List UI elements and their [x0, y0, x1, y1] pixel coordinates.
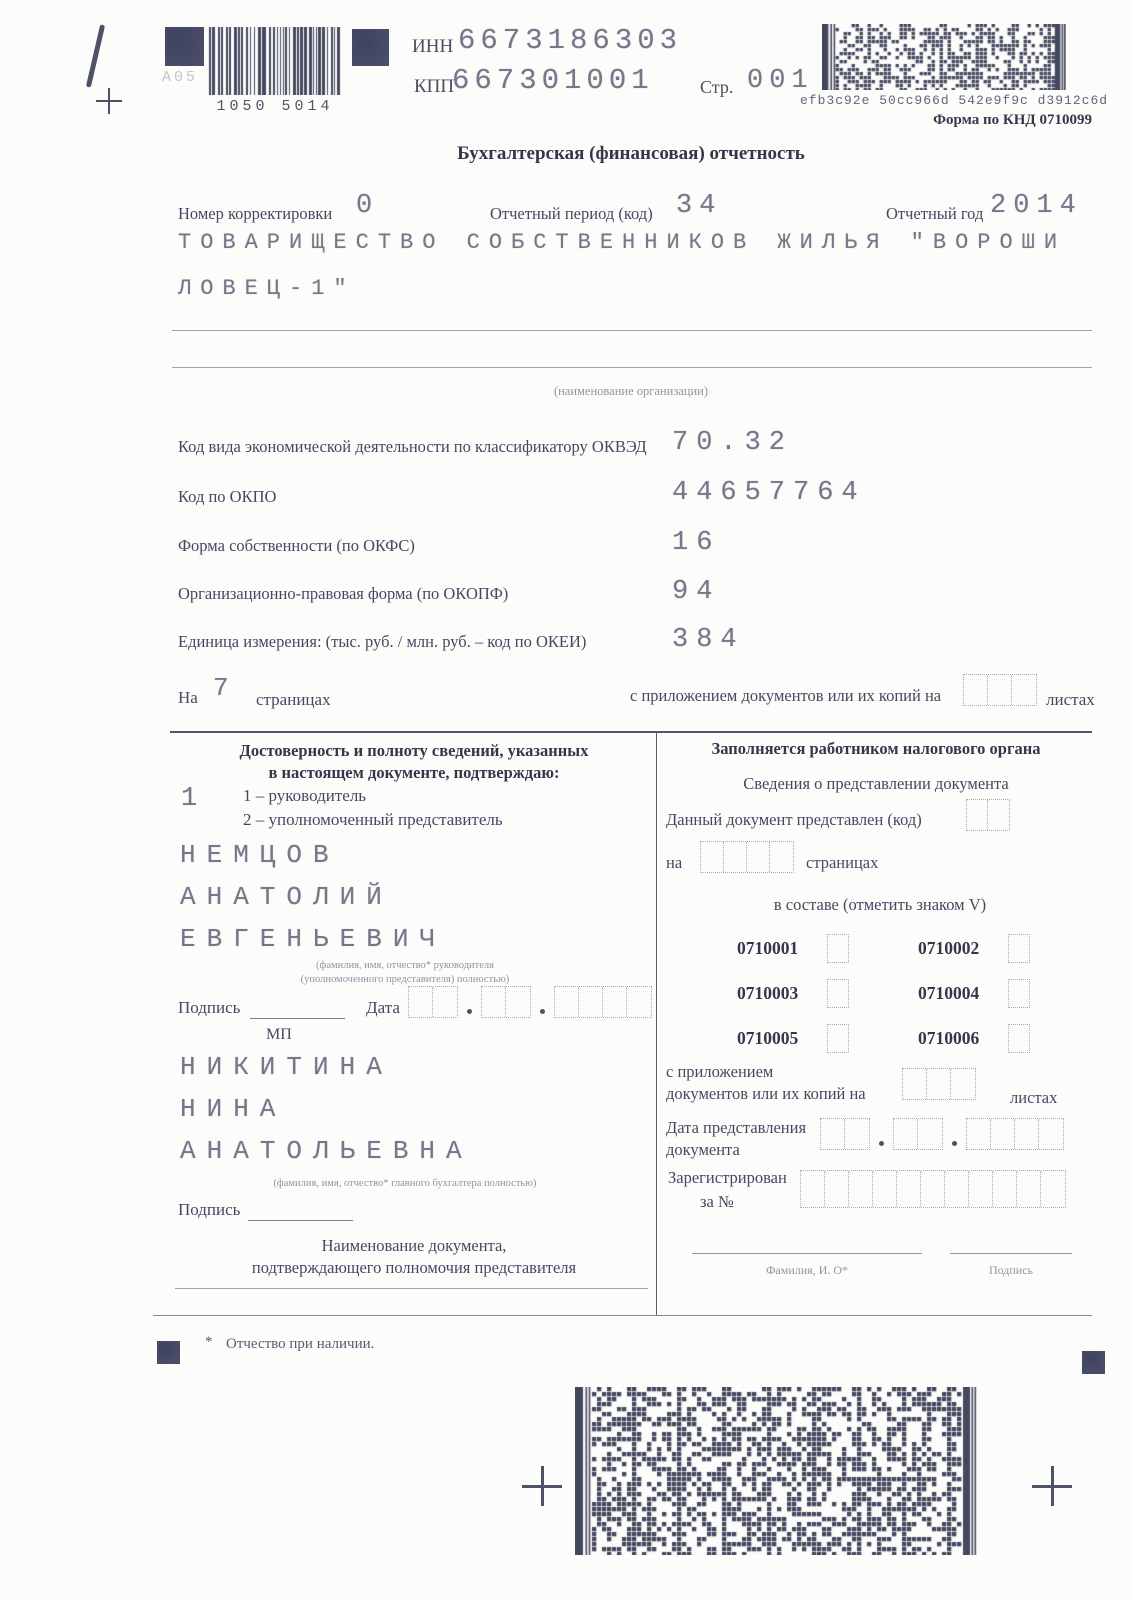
officer-attachment-label-line-2: документов или их копий на: [666, 1084, 866, 1104]
accountant-surname: НИКИТИНА: [180, 1052, 393, 1082]
head-date-box: [408, 986, 652, 1018]
barcode-2d-bottom: [575, 1387, 977, 1555]
accountant-name-caption: (фамилия, имя, отчество* главного бухгал…: [175, 1178, 635, 1189]
org-name-caption: (наименование организации): [170, 384, 1092, 399]
submission-info-subheading: Сведения о представлении документа: [660, 774, 1092, 794]
tax-officer-heading: Заполняется работником налогового органа: [660, 739, 1092, 759]
okei-label: Единица измерения: (тыс. руб. / млн. руб…: [178, 632, 586, 652]
form-0710003-label: 0710003: [737, 983, 798, 1004]
registered-label-line-2: за №: [700, 1192, 734, 1212]
pen-mark: [86, 24, 105, 87]
pages-word-label: страницах: [256, 690, 331, 710]
officer-signature-caption: Подпись: [950, 1263, 1072, 1278]
org-name-line-2: ЛОВЕЦ-1": [178, 276, 356, 301]
signer-option-1: 1 – руководитель: [243, 786, 366, 806]
submission-date-label-line-1: Дата представления: [666, 1118, 806, 1138]
kpp-value: 667301001: [452, 64, 654, 97]
authority-doc-label-line-1: Наименование документа,: [175, 1236, 653, 1256]
sheets-word-label: листах: [1046, 690, 1095, 710]
form-title: Бухгалтерская (финансовая) отчетность: [170, 143, 1092, 165]
okved-value: 70.32: [672, 428, 793, 458]
accountant-signature-line: [248, 1220, 353, 1221]
barcode-1d-digits: 1050 5014: [207, 98, 343, 115]
correction-number-value: 0: [356, 191, 379, 221]
form-0710002-label: 0710002: [918, 938, 979, 959]
form-0710006-checkbox: [1008, 1024, 1030, 1053]
footnote-mark: *: [205, 1334, 213, 1351]
form-0710003-checkbox: [827, 979, 849, 1008]
head-surname: НЕМЦОВ: [180, 840, 340, 870]
report-period-value: 34: [676, 191, 722, 221]
form-0710005-label: 0710005: [737, 1028, 798, 1049]
okopf-value: 94: [672, 577, 720, 607]
attachment-sheets-label: с приложением документов или их копий на: [630, 686, 941, 706]
on-pages-label: На: [178, 688, 198, 708]
anchor-square-top-1: [165, 27, 204, 66]
form-0710002-checkbox: [1008, 934, 1030, 963]
authority-doc-line: [175, 1288, 648, 1289]
section-bottom-rule: [153, 1315, 1092, 1316]
accuracy-heading-line-1: Достоверность и полноту сведений, указан…: [175, 741, 653, 761]
page-number-label: Стр.: [700, 77, 733, 98]
document-submitted-code-box: [966, 799, 1010, 831]
authority-doc-label-line-2: подтверждающего полномочия представителя: [175, 1258, 653, 1278]
registration-cross-bottom-right: [1032, 1466, 1072, 1506]
officer-sheets-label: листах: [1010, 1088, 1057, 1108]
stamp-label: МП: [266, 1026, 292, 1044]
registration-cross-top-left: [96, 88, 122, 114]
head-patronymic: ЕВГЕНЬЕВИЧ: [180, 924, 446, 954]
head-signature-label: Подпись: [178, 998, 240, 1018]
okfs-value: 16: [672, 528, 720, 558]
kpp-label: КПП: [414, 76, 454, 98]
barcode-2d-top: [822, 24, 1066, 90]
form-0710001-checkbox: [827, 934, 849, 963]
officer-attachment-sheets-box: [902, 1068, 976, 1100]
barcode-1d: [207, 27, 343, 95]
signer-option-2: 2 – уполномоченный представитель: [243, 810, 503, 830]
accountant-first-name: НИНА: [180, 1094, 286, 1124]
officer-pages-box: [700, 841, 794, 873]
okved-label: Код вида экономической деятельности по к…: [178, 437, 647, 457]
knd-form-label: Форма по КНД 0710099: [860, 112, 1092, 129]
okopf-label: Организационно-правовая форма (по ОКОПФ): [178, 584, 508, 604]
footnote-text: Отчество при наличии.: [226, 1336, 374, 1353]
officer-surname-caption: Фамилия, И. О*: [692, 1263, 922, 1278]
head-name-caption-line-1: (фамилия, имя, отчество* руководителя: [175, 960, 635, 971]
officer-surname-line: [692, 1253, 922, 1254]
report-year-label: Отчетный год: [886, 204, 983, 224]
report-year-value: 2014: [990, 191, 1083, 221]
officer-pages-label: страницах: [806, 853, 878, 873]
officer-on-label: на: [666, 853, 682, 873]
form-0710005-checkbox: [827, 1024, 849, 1053]
composition-label: в составе (отметить знаком V): [700, 895, 1060, 915]
inn-label: ИНН: [412, 36, 453, 58]
form-0710006-label: 0710006: [918, 1028, 979, 1049]
org-name-line-1: ТОВАРИЩЕСТВО СОБСТВЕННИКОВ ЖИЛЬЯ "ВОРОШИ: [178, 230, 1066, 255]
accuracy-heading-line-2: в настоящем документе, подтверждаю:: [175, 763, 653, 783]
form-0710004-checkbox: [1008, 979, 1030, 1008]
registered-label-line-1: Зарегистрирован: [668, 1168, 787, 1188]
anchor-square-top-2: [352, 29, 389, 66]
report-period-label: Отчетный период (код): [490, 204, 653, 224]
form-0710001-label: 0710001: [737, 938, 798, 959]
correction-number-label: Номер корректировки: [178, 204, 332, 224]
okpo-label: Код по ОКПО: [178, 487, 276, 507]
officer-signature-line: [950, 1253, 1072, 1254]
document-submitted-label: Данный документ представлен (код): [666, 810, 922, 830]
head-date-label: Дата: [366, 998, 400, 1018]
inn-value: 6673186303: [458, 24, 682, 57]
registration-cross-bottom-left: [522, 1466, 562, 1506]
head-signature-line: [250, 1018, 345, 1019]
okpo-value: 44657764: [672, 478, 866, 508]
org-name-rule-1: [172, 330, 1092, 331]
pages-count-value: 7: [213, 673, 229, 703]
submission-date-box: [820, 1118, 1064, 1150]
barcode-checksum: efb3c92e 50cc966d 542e9f9c d3912c6d: [800, 93, 1092, 108]
scanned-form-page: A05 1050 5014 ИНН 6673186303 КПП 6673010…: [0, 0, 1131, 1600]
anchor-square-bottom-right: [1082, 1351, 1105, 1374]
accountant-patronymic: АНАТОЛЬЕВНА: [180, 1136, 473, 1166]
head-first-name: АНАТОЛИЙ: [180, 882, 393, 912]
head-name-caption-line-2: (уполномоченного представителя) полность…: [175, 974, 635, 985]
attachment-sheets-box: [963, 674, 1037, 706]
signer-code-value: 1: [181, 784, 197, 814]
anchor-square-bottom-left: [157, 1341, 180, 1364]
section-top-rule: [170, 731, 1092, 733]
org-name-rule-2: [172, 367, 1092, 368]
accountant-signature-label: Подпись: [178, 1200, 240, 1220]
okfs-label: Форма собственности (по ОКФС): [178, 536, 415, 556]
officer-attachment-label-line-1: с приложением: [666, 1062, 773, 1082]
registration-number-box: [800, 1170, 1066, 1208]
plate-code: A05: [162, 69, 198, 86]
page-number-value: 001: [747, 66, 814, 96]
section-divider: [656, 733, 657, 1315]
submission-date-label-line-2: документа: [666, 1140, 740, 1160]
form-0710004-label: 0710004: [918, 983, 979, 1004]
okei-value: 384: [672, 625, 745, 655]
